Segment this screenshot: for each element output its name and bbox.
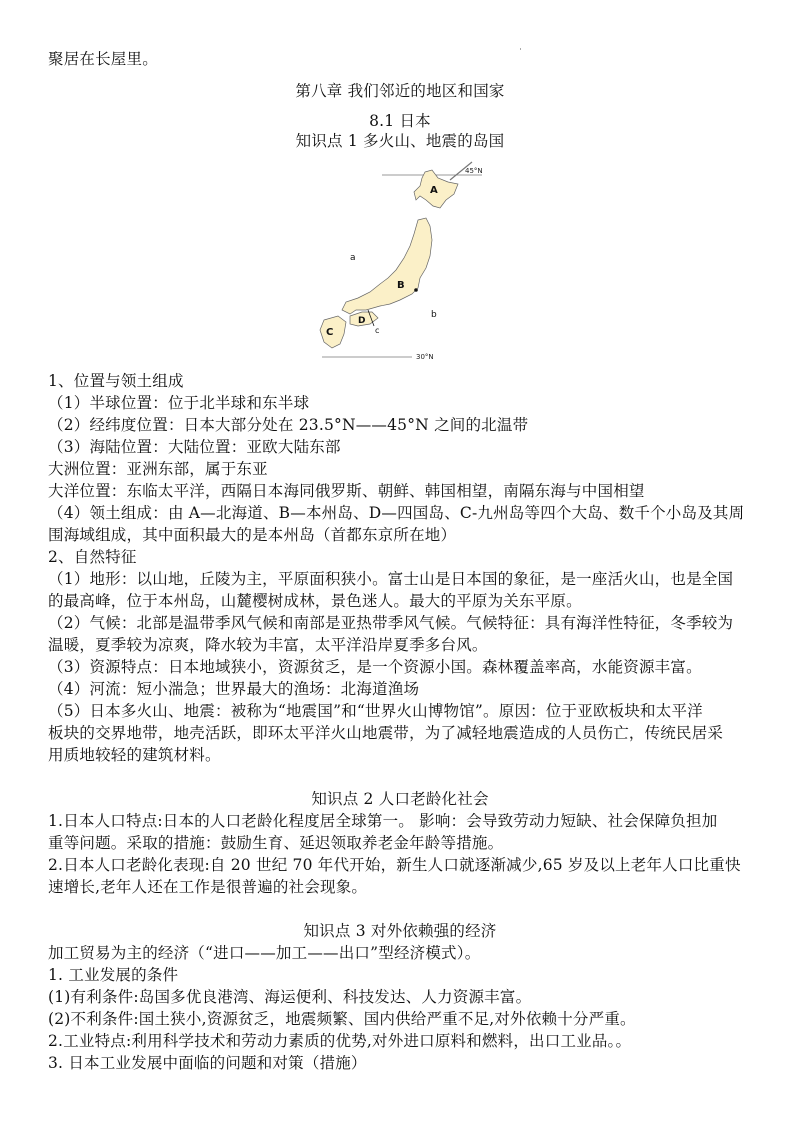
kp2-line: 2.日本人口老龄化表现:自 20 世纪 70 年代开始，新生人口就逐渐减少,65… xyxy=(48,854,754,876)
kp1-line: （4）领土组成：由 A—北海道、B—本州岛、D—四国岛、C-九州岛等四个大岛、数… xyxy=(48,502,754,524)
label-D: D xyxy=(358,316,365,326)
kp1-line: （1）半球位置：位于北半球和东半球 xyxy=(48,392,754,414)
kp1-line: （2）气候：北部是温带季风气候和南部是亚热带季风气候。气候特征：具有海洋性特征，… xyxy=(48,612,754,634)
label-C: C xyxy=(326,327,333,338)
latitude-30-label: 30°N xyxy=(416,353,434,361)
kp3-title: 知识点 3 对外依赖强的经济 xyxy=(0,920,800,942)
intro-tail-text: 聚居在长屋里。 xyxy=(48,48,754,70)
tokyo-dot xyxy=(414,288,418,292)
kp3-line: 3. 日本工业发展中面临的问题和对策（措施） xyxy=(48,1052,754,1074)
kp3-line: 1. 工业发展的条件 xyxy=(48,964,754,986)
kp3-line: 加工贸易为主的经济（“进口——加工——出口”型经济模式）。 xyxy=(48,942,754,964)
kp1-line: 1、位置与领土组成 xyxy=(48,370,754,392)
kp1-line: 温暖，夏季较为凉爽，降水较为丰富，太平洋沿岸夏季多台风。 xyxy=(48,634,754,656)
kp1-line: （2）经纬度位置：日本大部分处在 23.5°N——45°N 之间的北温带 xyxy=(48,414,754,436)
kp1-line: 板块的交界地带，地壳活跃，即环太平洋火山地震带，为了减轻地震造成的人员伤亡，传统… xyxy=(48,722,754,744)
japan-map: 45°N A B D c C a b 30°N xyxy=(300,160,490,365)
kp1-line: 的最高峰，位于本州岛，山麓樱树成林，景色迷人。最大的平原为关东平原。 xyxy=(48,590,754,612)
kp2-title: 知识点 2 人口老龄化社会 xyxy=(0,788,800,810)
kp1-line: 围海域组成，其中面积最大的是本州岛（首都东京所在地） xyxy=(48,524,754,546)
document-page: 聚居在长屋里。 第八章 我们邻近的地区和国家 8.1 日本 知识点 1 多火山、… xyxy=(0,0,800,1131)
kp3-line: (2)不利条件:国土狭小,资源贫乏，地震频繁、国内供给严重不足,对外依赖十分严重… xyxy=(48,1008,754,1030)
kp1-line: （3）海陆位置：大陆位置：亚欧大陆东部 xyxy=(48,436,754,458)
kp1-line: （5）日本多火山、地震：被称为“地震国”和“世界火山博物馆”。原因：位于亚欧板块… xyxy=(48,700,754,722)
kp1-line: 用质地较轻的建筑材料。 xyxy=(48,744,754,766)
kp3-line: (1)有利条件:岛国多优良港湾、海运便利、科技发达、人力资源丰富。 xyxy=(48,986,754,1008)
kp1-title: 知识点 1 多火山、地震的岛国 xyxy=(0,130,800,152)
kp3-line: 2.工业特点:利用科学技术和劳动力素质的优势,对外进口原料和燃料，出口工业品。。 xyxy=(48,1030,754,1052)
latitude-45-label: 45°N xyxy=(465,167,483,175)
kp2-line: 重等问题。采取的措施：鼓励生育、延迟领取养老金年龄等措施。 xyxy=(48,832,754,854)
kp2-line: 1.日本人口特点:日本的人口老龄化程度居全球第一。 影响：会导致劳动力短缺、社会… xyxy=(48,810,754,832)
kp1-line: 大洲位置：亚洲东部，属于东亚 xyxy=(48,458,754,480)
japan-map-svg: 45°N A B D c C a b 30°N xyxy=(300,160,490,365)
label-A: A xyxy=(430,185,438,196)
label-c: c xyxy=(375,326,379,335)
kp1-line: （3）资源特点：日本地域狭小，资源贫乏，是一个资源小国。森林覆盖率高，水能资源丰… xyxy=(48,656,754,678)
label-a-sea: a xyxy=(350,253,356,263)
kp1-line: （1）地形：以山地，丘陵为主，平原面积狭小。富士山是日本国的象征，是一座活火山，… xyxy=(48,568,754,590)
kp1-line: 2、自然特征 xyxy=(48,546,754,568)
label-B: B xyxy=(397,280,405,291)
label-b-ocean: b xyxy=(431,310,437,320)
kp2-line: 速增长,老年人还在工作是很普遍的社会现象。 xyxy=(48,876,754,898)
kp1-line: 大洋位置：东临太平洋，西隔日本海同俄罗斯、朝鲜、韩国相望，南隔东海与中国相望 xyxy=(48,480,754,502)
kp1-line: （4）河流：短小湍急；世界最大的渔场：北海道渔场 xyxy=(48,678,754,700)
section-title: 8.1 日本 xyxy=(0,110,800,132)
chapter-title: 第八章 我们邻近的地区和国家 xyxy=(0,80,800,102)
honshu-shape xyxy=(342,218,432,314)
